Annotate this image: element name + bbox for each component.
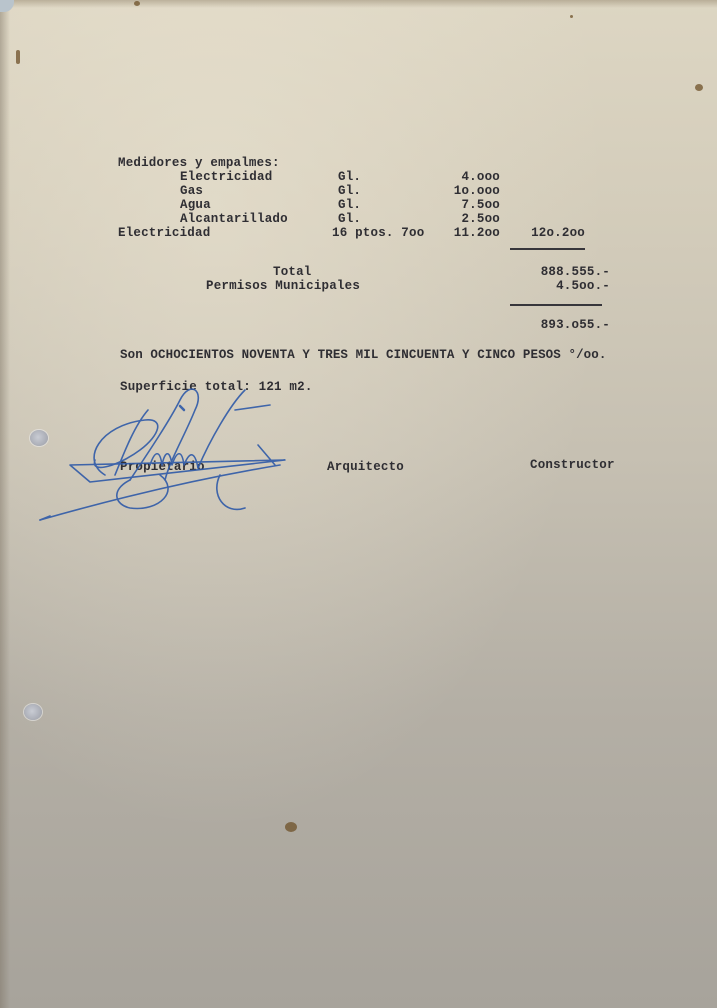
item-label: Electricidad <box>180 170 272 184</box>
item-label: Gas <box>180 184 203 198</box>
surface-total: Superficie total: 121 m2. <box>120 380 313 394</box>
typewritten-document: Medidores y empalmes: Electricidad Gl. 4… <box>0 0 717 1008</box>
item-unit: Gl. <box>338 184 361 198</box>
electricity-amount: 11.2oo <box>420 226 500 240</box>
item-amount: 4.ooo <box>420 170 500 184</box>
item-label: Agua <box>180 198 211 212</box>
item-unit: Gl. <box>338 212 361 226</box>
item-amount: 2.5oo <box>420 212 500 226</box>
total-label: Total <box>273 265 312 279</box>
item-label: Alcantarillado <box>180 212 288 226</box>
permits-value: 4.5oo.- <box>500 279 610 293</box>
underline-rule <box>510 304 602 306</box>
amount-in-words: Son OCHOCIENTOS NOVENTA Y TRES MIL CINCU… <box>120 348 606 362</box>
total-value: 888.555.- <box>500 265 610 279</box>
underline-rule <box>510 248 585 250</box>
architect-label: Arquitecto <box>327 460 404 474</box>
section-heading: Medidores y empalmes: <box>118 156 280 170</box>
item-amount: 7.5oo <box>420 198 500 212</box>
item-unit: Gl. <box>338 198 361 212</box>
electricity-label: Electricidad <box>118 226 210 240</box>
electricity-subtotal: 12o.2oo <box>500 226 585 240</box>
grand-total: 893.o55.- <box>500 318 610 332</box>
builder-label: Constructor <box>530 458 615 472</box>
owner-label: Propietario <box>120 460 205 474</box>
permits-label: Permisos Municipales <box>206 279 360 293</box>
electricity-quantity: 16 ptos. 7oo <box>332 226 424 240</box>
item-unit: Gl. <box>338 170 361 184</box>
item-amount: 1o.ooo <box>420 184 500 198</box>
